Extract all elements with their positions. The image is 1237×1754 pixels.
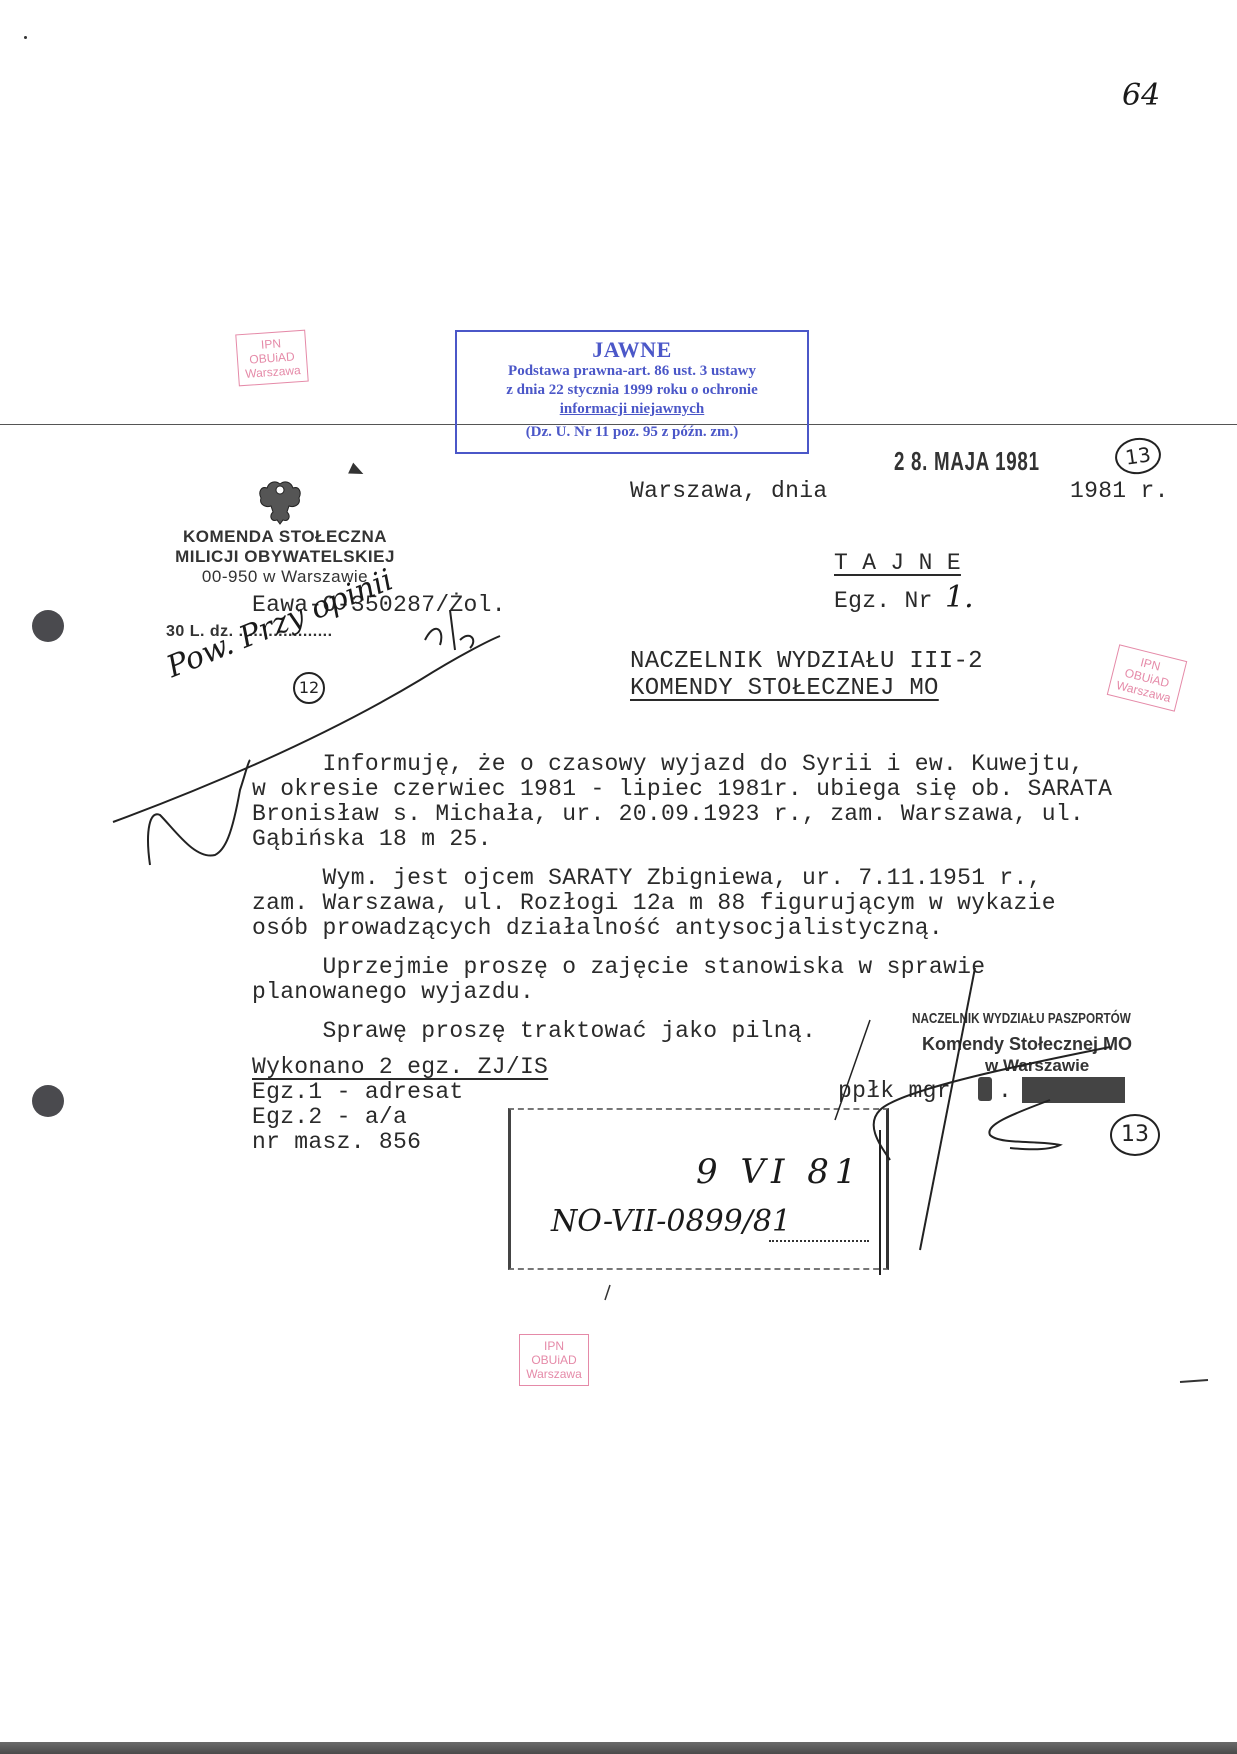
org-line: MILICJI OBYWATELSKIEJ (160, 547, 410, 567)
registration-date: 9 VI 81 (696, 1152, 863, 1192)
stamp-line: (Dz. U. Nr 11 poz. 95 z późn. zm.) (457, 423, 807, 442)
classification-label: T A J N E (834, 550, 961, 576)
stamp-title: JAWNE (457, 338, 807, 362)
body-line: Uprzejmie proszę o zajęcie stanowiska w … (252, 955, 1112, 980)
copy-label: Egz. Nr (834, 588, 933, 614)
paragraph: Informuję, że o czasowy wyjazd do Syrii … (252, 752, 1112, 852)
body-line: Gąbińska 18 m 25. (252, 827, 1112, 852)
body-line: Wym. jest ojcem SARATY Zbigniewa, ur. 7.… (252, 866, 1112, 891)
distribution-header: Wykonano 2 egz. ZJ/IS (252, 1054, 548, 1080)
stamp-line: Podstawa prawna-art. 86 ust. 3 ustawy (457, 362, 807, 381)
circled-number: 13 (1113, 435, 1164, 477)
redacted-name (1022, 1077, 1125, 1103)
signature-stamp-line-1: NACZELNIK WYDZIAŁU PASZPORTÓW (912, 1010, 1131, 1027)
date-place: Warszawa, dnia (630, 478, 827, 504)
recipient-line-1: NACZELNIK WYDZIAŁU III-2 (630, 648, 983, 675)
body-line: Informuję, że o czasowy wyjazd do Syrii … (252, 752, 1112, 777)
paragraph: Uprzejmie proszę o zajęcie stanowiska w … (252, 955, 1112, 1005)
body-line: zam. Warszawa, ul. Rozłogi 12a m 88 figu… (252, 891, 1112, 916)
signature-stamp-line-3: w Warszawie (985, 1056, 1089, 1076)
date-stamp: 2 8. MAJA 1981 (894, 446, 1040, 477)
redacted-initial (978, 1077, 992, 1101)
body-line: osób prowadzących działalność antysocjal… (252, 916, 1112, 941)
stamp-line: Warszawa (523, 1367, 585, 1381)
signer-rank: ppłk mgr (838, 1078, 951, 1104)
initial-dot: . (998, 1078, 1012, 1104)
scan-speck (24, 36, 27, 39)
body-line: planowanego wyjazdu. (252, 980, 1112, 1005)
distribution-list: Wykonano 2 egz. ZJ/IS Egz.1 - adresat Eg… (252, 1054, 548, 1155)
org-line: KOMENDA STOŁECZNA (160, 527, 410, 547)
scan-edge (0, 1742, 1237, 1754)
body-line: w okresie czerwiec 1981 - lipiec 1981r. … (252, 777, 1112, 802)
archive-stamp: IPN OBUiAD Warszawa (519, 1334, 589, 1386)
stamp-line: z dnia 22 stycznia 1999 roku o ochronie (457, 381, 807, 400)
paragraph: Wym. jest ojcem SARATY Zbigniewa, ur. 7.… (252, 866, 1112, 941)
letter-body: Informuję, że o czasowy wyjazd do Syrii … (252, 752, 1112, 1044)
circled-number: 13 (1110, 1114, 1160, 1156)
circled-number: 12 (293, 672, 325, 704)
body-line: Bronisław s. Michała, ur. 20.09.1923 r.,… (252, 802, 1112, 827)
stamp-line: Warszawa (242, 363, 305, 381)
punch-hole (32, 610, 64, 642)
declassification-stamp: JAWNE Podstawa prawna-art. 86 ust. 3 ust… (455, 330, 809, 454)
registration-stamp: 9 VI 81 NO-VII-0899/81 (508, 1108, 889, 1270)
page-number: 64 (1122, 78, 1160, 113)
mark (348, 463, 366, 480)
stamp-line: OBUiAD (523, 1353, 585, 1367)
distribution-line: Egz.1 - adresat (252, 1080, 548, 1105)
archive-stamp: IPN OBUiAD Warszawa (1107, 644, 1188, 711)
registration-number: NO-VII-0899/81 (551, 1204, 791, 1239)
distribution-line: nr masz. 856 (252, 1130, 548, 1155)
signature-stamp-line-2: Komendy Stołecznej MO (922, 1034, 1132, 1055)
stamp-line: informacji niejawnych (457, 400, 807, 419)
archive-stamp: IPN OBUiAD Warszawa (235, 330, 308, 387)
dotted-line (769, 1240, 869, 1242)
eagle-emblem-icon (255, 478, 305, 526)
copy-number: 1. (945, 580, 974, 615)
punch-hole (32, 1085, 64, 1117)
distribution-line: Egz.2 - a/a (252, 1105, 548, 1130)
recipient-line-2: KOMENDY STOŁECZNEJ MO (630, 675, 939, 702)
date-year: 1981 r. (1070, 478, 1169, 504)
stamp-line: IPN (523, 1339, 585, 1353)
